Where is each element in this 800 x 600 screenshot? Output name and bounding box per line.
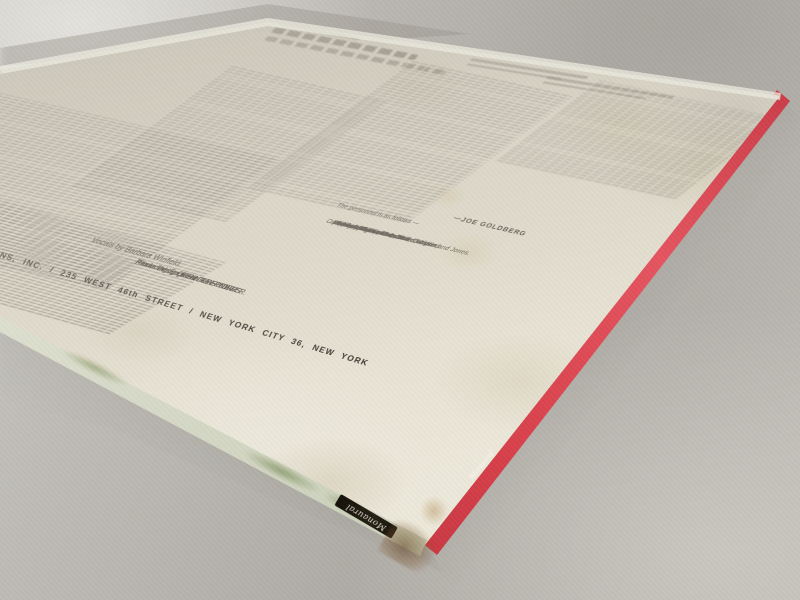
photo-canvas: The personnel is as follows — —JOE GOLDB… <box>0 0 800 600</box>
photo-grain <box>0 0 800 600</box>
